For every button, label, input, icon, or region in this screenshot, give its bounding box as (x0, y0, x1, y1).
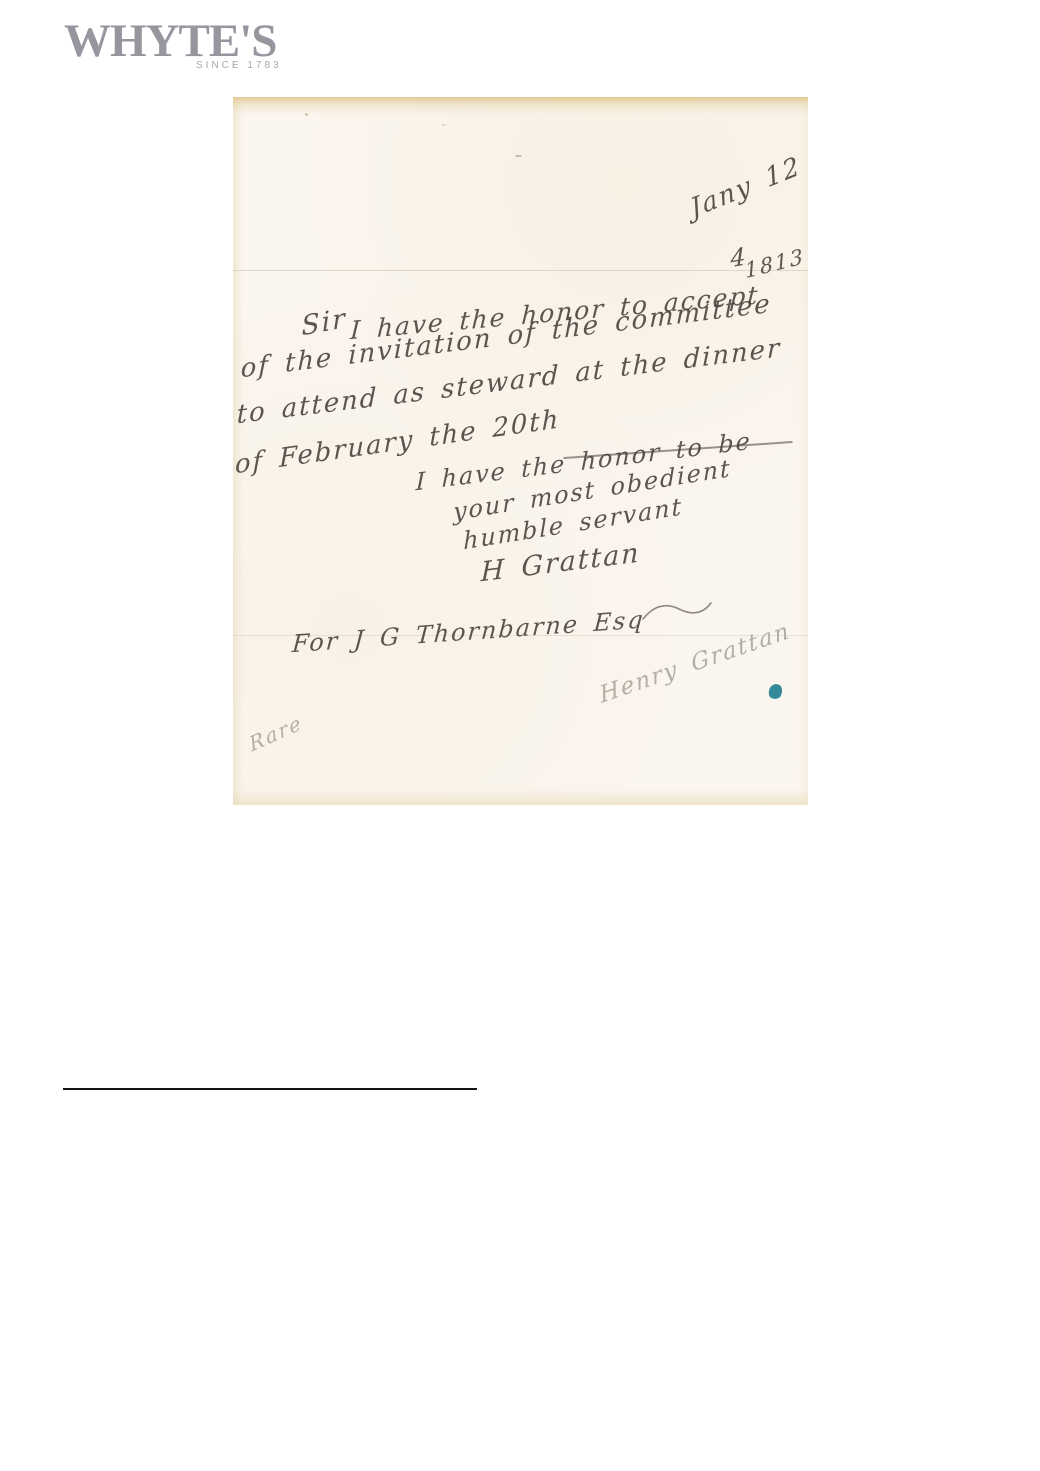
paper-speck (442, 124, 445, 126)
logo-tagline: SINCE 1783 (196, 60, 282, 71)
whytes-logo: WHYTE'S SINCE 1783 (64, 18, 324, 78)
handwriting-addressee: For J G Thornbarne Esq (291, 607, 645, 656)
handwriting-salutation: Sir (301, 305, 347, 340)
teal-ink-blot (767, 682, 784, 701)
paper-speck (515, 155, 522, 157)
handwriting-date-line: Jany 12 (688, 153, 803, 223)
pencil-annotation-rare: Rare (247, 712, 304, 755)
handwriting-date-line: 1813 (744, 246, 806, 282)
footnote-divider (63, 1088, 477, 1090)
ink-flourish-squiggle (641, 595, 713, 625)
paper-speck (305, 113, 308, 116)
paper-crease-top (233, 270, 808, 271)
logo-wordmark: WHYTE'S (64, 18, 324, 65)
letter-scan-image: Jany 12 4 1813 Sir I have the honor to a… (233, 97, 808, 805)
